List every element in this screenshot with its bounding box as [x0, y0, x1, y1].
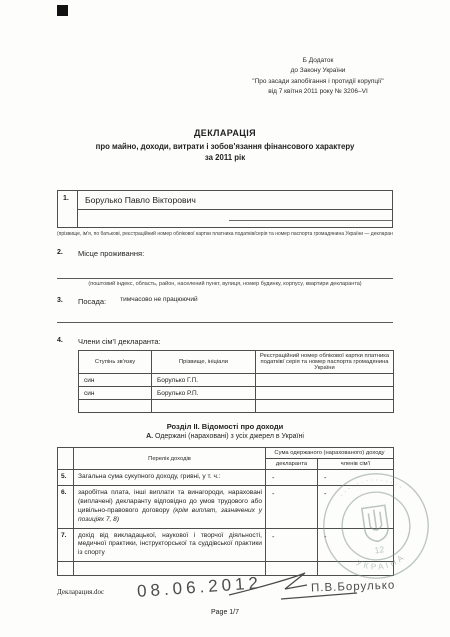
name-cell: Борулько Г.П.	[152, 374, 256, 387]
ref-line: "Про засади запобігання і протидії коруп…	[202, 77, 434, 87]
declarant-amount: -	[266, 528, 318, 562]
position-value: тимчасово не працюючий	[120, 296, 198, 305]
section-1-fields: Борулько Павло Вікторович	[78, 191, 392, 227]
section-4-heading: 4. Члени сім'ї декларанта:	[57, 337, 393, 346]
col-declarant: декларанта	[266, 459, 318, 470]
declarant-name-field: Борулько Павло Вікторович	[78, 191, 392, 210]
income-description: Загальна сума сукупного доходу, гривні, …	[74, 470, 266, 486]
section-4-number: 4.	[57, 337, 78, 346]
declaration-document-page: Б Додаток до Закону України "Про засади …	[0, 0, 450, 637]
relation-cell: син	[79, 374, 152, 387]
tax-id-cell	[256, 387, 394, 400]
income-section-subtitle: А. Одержані (нараховані) з усіх джерел в…	[57, 433, 393, 440]
family-amount: -	[318, 528, 394, 562]
ref-line: Б Додаток	[202, 56, 434, 66]
col-tax-id: Реєстраційний номер облікової картки пла…	[256, 351, 394, 374]
row-number	[58, 562, 74, 576]
family-table-row: син Борулько Г.П.	[79, 374, 394, 387]
family-members-table: Ступінь зв'язку Прізвище, ініціали Реєст…	[78, 350, 394, 413]
col-relation: Ступінь зв'язку	[79, 351, 152, 374]
declarant-amount: -	[266, 486, 318, 529]
row-number: 5.	[58, 470, 74, 486]
scan-registration-mark	[57, 5, 68, 16]
income-text: Загальна сума сукупного доходу, гривні, …	[78, 473, 221, 480]
income-row: 5. Загальна сума сукупного доходу, гривн…	[58, 470, 394, 486]
section-2-number: 2.	[57, 249, 78, 258]
document-title: ДЕКЛАРАЦІЯ про майно, доходи, витрати і …	[0, 127, 450, 164]
ref-line: до Закону України	[202, 66, 434, 76]
income-table: Перелік доходів Сума одержаного (нарахов…	[57, 447, 394, 576]
family-table-header-row: Ступінь зв'язку Прізвище, ініціали Реєст…	[79, 351, 394, 374]
row-number: 6.	[58, 486, 74, 529]
section-1-footnote: (прізвище, ім'я, по батькові, реєстрацій…	[57, 231, 393, 237]
section-3-position: 3. Посада: тимчасово не працюючий	[57, 297, 393, 323]
col-family-members: членів сім'ї	[318, 459, 394, 470]
income-section-title: Розділ II. Відомості про доходи	[57, 422, 393, 431]
income-header-row-1: Перелік доходів Сума одержаного (нарахов…	[58, 448, 394, 459]
section-2-residence: 2. Місце проживання: (поштовий індекс, о…	[57, 249, 393, 287]
section-3-heading: 3. Посада: тимчасово не працюючий	[57, 297, 393, 306]
ref-line: від 7 квітня 2011 року № 3206–VI	[202, 87, 434, 97]
section-2-footnote: (поштовий індекс, область, район, населе…	[57, 281, 393, 287]
income-description: дохід від викладацької, наукової і творч…	[74, 528, 266, 562]
col-name: Прізвище, ініціали	[152, 351, 256, 374]
name-cell	[152, 400, 256, 413]
relation-cell	[79, 400, 152, 413]
col-income-list: Перелік доходів	[74, 448, 266, 470]
law-reference-block: Б Додаток до Закону України "Про засади …	[202, 56, 434, 98]
section-1-declarant: 1. Борулько Павло Вікторович	[57, 190, 393, 228]
section-1-number: 1.	[58, 191, 78, 227]
title-year: за 2011 рік	[0, 152, 450, 164]
tax-id-cell	[256, 374, 394, 387]
handwritten-date-signature: 08.06.2012 П.В.Борулько	[133, 566, 401, 606]
handwritten-signature: П.В.Борулько	[311, 580, 396, 595]
income-row: 6. заробітна плата, інші виплати та вина…	[58, 486, 394, 529]
residence-blank-field	[57, 278, 393, 279]
title-main: ДЕКЛАРАЦІЯ	[0, 127, 450, 141]
section-3-number: 3.	[57, 297, 78, 306]
income-row: 7. дохід від викладацької, наукової і тв…	[58, 528, 394, 562]
declarant-id-field	[78, 210, 392, 227]
family-table-row	[79, 400, 394, 413]
relation-cell: син	[79, 387, 152, 400]
section-2-heading: 2. Місце проживання:	[57, 249, 393, 258]
tax-id-cell	[256, 400, 394, 413]
col-amount-group: Сума одержаного (нарахованого) доходу	[266, 448, 394, 459]
page-number-label: Page 1/7	[0, 609, 450, 616]
family-amount: -	[318, 486, 394, 529]
family-members-label: Члени сім'ї декларанта:	[78, 337, 161, 346]
position-label: Посада:	[78, 297, 106, 306]
blank-line	[229, 220, 392, 221]
family-amount: -	[318, 470, 394, 486]
row-number: 7.	[58, 528, 74, 562]
declarant-amount: -	[266, 470, 318, 486]
document-filename: Декларация.doc	[57, 588, 104, 596]
family-table-row: син Борулько Р.П.	[79, 387, 394, 400]
income-text: дохід від викладацької, наукової і творч…	[78, 532, 262, 557]
handwritten-date: 08.06.2012	[136, 573, 262, 601]
residence-label: Місце проживання:	[78, 249, 144, 258]
position-blank-field	[57, 322, 393, 323]
section-4-family: 4. Члени сім'ї декларанта: Ступінь зв'яз…	[57, 337, 393, 413]
declaration-form: 1. Борулько Павло Вікторович (прізвище, …	[57, 190, 393, 576]
name-cell: Борулько Р.П.	[152, 387, 256, 400]
title-subject: про майно, доходи, витрати і зобов'язанн…	[0, 141, 450, 153]
subtitle-text: Одержані (нараховані) з усіх джерел в Ук…	[153, 433, 304, 440]
income-description: заробітна плата, інші виплати та винагор…	[74, 486, 266, 529]
col-number-empty	[58, 448, 74, 470]
